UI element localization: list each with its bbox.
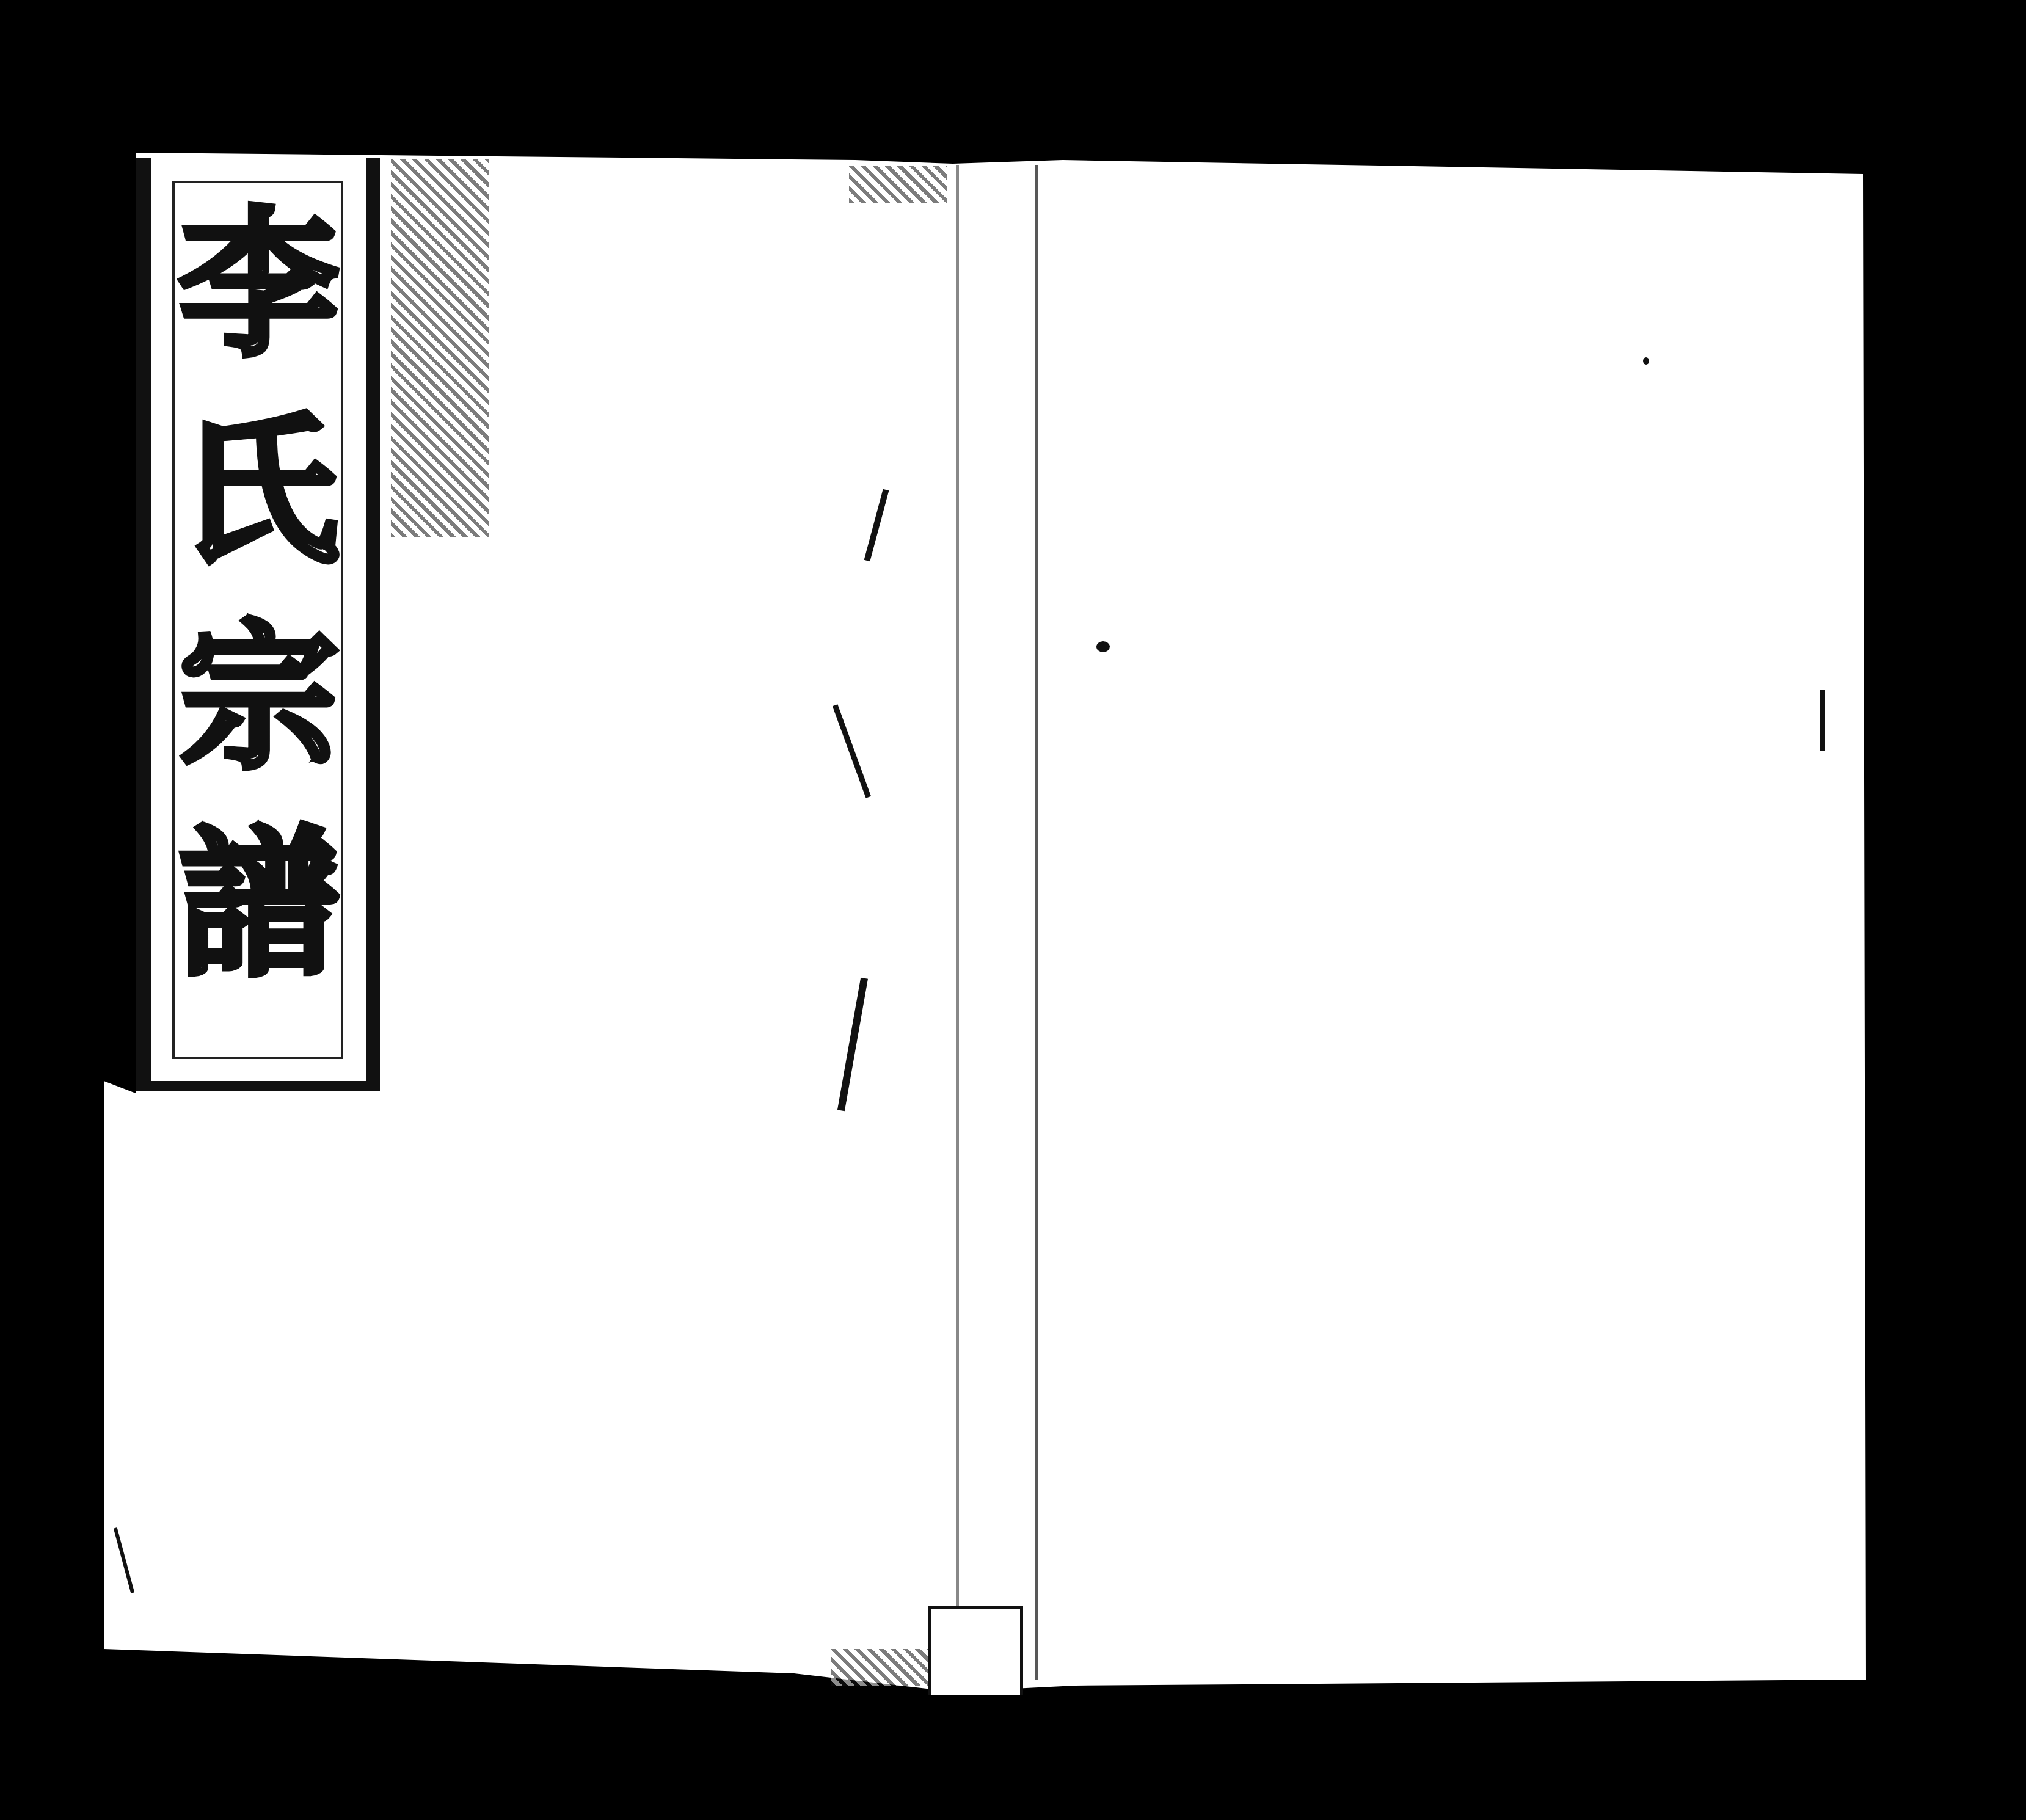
stain-texture (391, 159, 489, 537)
ink-mark (1820, 690, 1825, 751)
title-char: 宗 (180, 595, 338, 801)
title-label: 李 氏 宗 譜 (136, 158, 380, 1091)
cover-title: 李 氏 宗 譜 (151, 182, 366, 1008)
title-char: 李 (180, 182, 338, 388)
title-char: 氏 (180, 388, 338, 595)
spine-fold-line (1035, 165, 1038, 1680)
stain-texture (831, 1649, 941, 1686)
ink-dot (1096, 641, 1110, 652)
bottom-binding-tab (928, 1606, 1023, 1695)
ink-dot (1643, 357, 1649, 365)
stain-texture (849, 166, 947, 203)
title-char: 譜 (180, 801, 338, 1008)
book-cover-scan: 李 氏 宗 譜 (0, 0, 2026, 1820)
spine-fold-line (956, 165, 959, 1680)
